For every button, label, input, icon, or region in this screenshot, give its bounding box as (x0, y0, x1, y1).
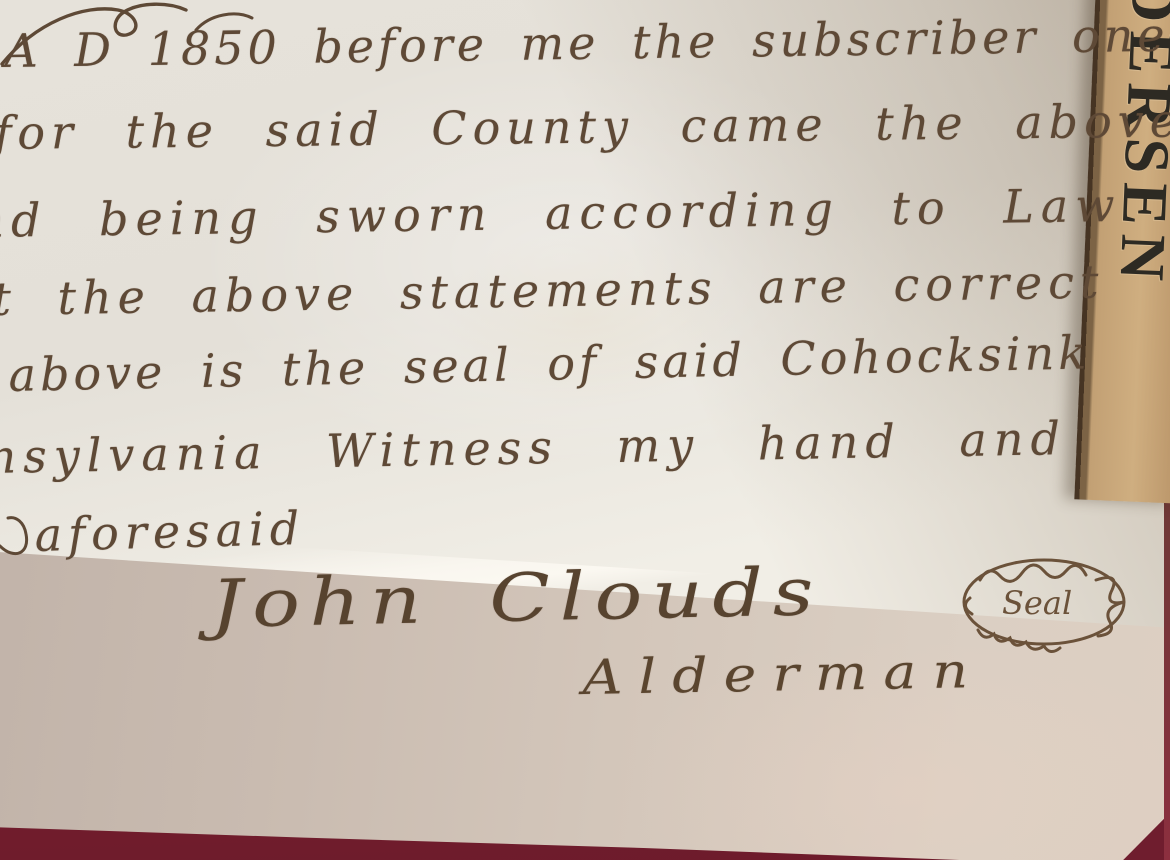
photographed-document: DERSEN A D 1850 before me the subscriber… (0, 0, 1170, 860)
hand-drawn-seal: Seal (956, 546, 1134, 658)
handwriting-line-4: t the above statements are correct (0, 255, 1105, 326)
handwriting-line-6: nsylvania Witness my hand and (0, 411, 1067, 484)
book-spine: DERSEN (1074, 0, 1170, 504)
handwriting-line-3: nd being sworn according to Law (0, 178, 1122, 248)
signature-title: Alderman (582, 643, 984, 706)
handwriting-line-1: A D 1850 before me the subscriber one (4, 8, 1169, 78)
tablecloth-right-edge (1164, 447, 1170, 860)
handwriting-line-2: for the said County came the above (0, 94, 1170, 160)
seal-label: Seal (1002, 584, 1072, 622)
signature: John Clouds (210, 553, 824, 643)
handwriting-line-7: aforesaid (34, 501, 306, 562)
handwriting-line-5: above is the seal of said Cohocksink (8, 325, 1091, 402)
